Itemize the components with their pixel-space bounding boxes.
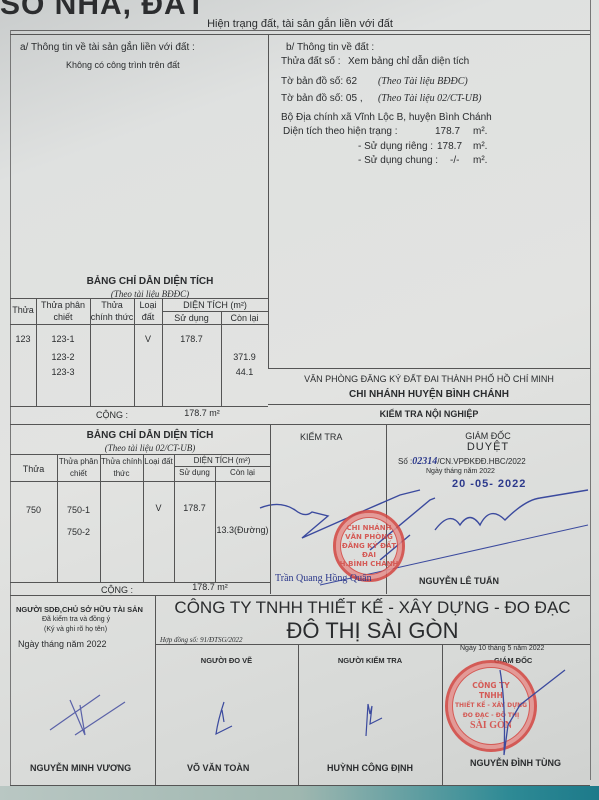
owner-name: NGUYỄN MINH VƯƠNG bbox=[30, 763, 131, 773]
surveyor-signature bbox=[210, 700, 240, 740]
document-page: SỔ NHÀ, ĐẤT Hiện trạng đất, tài sản gắn … bbox=[0, 0, 599, 800]
unit: m². bbox=[473, 126, 487, 137]
total-label: CỘNG : bbox=[95, 585, 139, 595]
internal-check-title: KIỂM TRA NỘI NGHIỆP bbox=[268, 409, 590, 419]
checker-label: KIỂM TRA bbox=[300, 432, 342, 442]
cell-thua: 750 bbox=[10, 505, 57, 515]
map-sheet-2-source: (Theo Tài liệu 02/CT-UB) bbox=[378, 93, 481, 104]
number-value: 02314 bbox=[412, 456, 437, 467]
stamp-text: CHI NHÁNH bbox=[347, 524, 392, 533]
divider bbox=[162, 311, 268, 312]
divider bbox=[10, 454, 270, 455]
cell-phan-chiet: 123-1 bbox=[36, 334, 90, 344]
divider bbox=[10, 406, 268, 407]
divider bbox=[10, 595, 590, 596]
company-director-name: NGUYỄN ĐÌNH TÙNG bbox=[470, 758, 561, 768]
area-private-label: - Sử dụng riêng : bbox=[358, 141, 433, 152]
asset-info-heading: a/ Thông tin về tài sản gắn liền với đất… bbox=[20, 42, 195, 53]
section-title: Hiện trạng đất, tài sản gắn liền với đất bbox=[10, 18, 590, 30]
stamp-text: H.BÌNH CHÁNH bbox=[340, 560, 399, 569]
area-private-value: 178.7 bbox=[437, 141, 462, 152]
owner-line2: (Ký và ghi rõ họ tên) bbox=[44, 626, 107, 633]
divider bbox=[298, 644, 299, 785]
header-su-dung: Sử dụng bbox=[162, 313, 221, 323]
frame-right bbox=[590, 0, 591, 780]
surveyor-label: NGƯỜI ĐO VẼ bbox=[155, 656, 298, 665]
frame-left bbox=[10, 30, 11, 790]
owner-date: Ngày tháng năm 2022 bbox=[18, 639, 107, 649]
area-current-value: 178.7 bbox=[435, 126, 460, 137]
map-sheet-1: Tờ bản đồ số: 62 bbox=[281, 76, 357, 87]
cell-thua: 123 bbox=[10, 334, 36, 344]
cell-con-lai: 44.1 bbox=[221, 367, 268, 377]
cell-loai: V bbox=[134, 334, 162, 344]
director-label: GIÁM ĐỐC bbox=[386, 431, 590, 441]
parcel-label: Thửa đất số : bbox=[281, 56, 341, 67]
cell-con-lai: 371.9 bbox=[221, 352, 268, 362]
cell-su-dung: 178.7 bbox=[174, 503, 215, 513]
header-su-dung: Sử dụng bbox=[174, 468, 215, 477]
cadastre: Bộ Địa chính xã Vĩnh Lộc B, huyện Bình C… bbox=[281, 112, 492, 123]
map-sheet-2: Tờ bản đồ số: 05 , bbox=[281, 93, 363, 104]
surveyor-name: VÕ VĂN TOÀN bbox=[187, 763, 249, 773]
header-con-lai: Còn lại bbox=[221, 313, 268, 323]
land-info-heading: b/ Thông tin về đất : bbox=[286, 42, 374, 53]
approved-label: DUYỆT bbox=[386, 441, 590, 453]
divider bbox=[10, 481, 270, 482]
director-name: NGUYỄN LÊ TUẤN bbox=[419, 576, 499, 586]
divider bbox=[10, 424, 590, 425]
number-suffix: /CN.VPĐKĐĐ.HBC/2022 bbox=[437, 457, 525, 466]
header-thua-phan-chiet: Thửa phân chiết bbox=[36, 299, 90, 323]
header-thua: Thửa bbox=[10, 305, 36, 315]
date-line: Ngày tháng năm 2022 bbox=[426, 468, 495, 475]
office-stamp: CHI NHÁNH VĂN PHÒNG ĐĂNG KÝ ĐẤT ĐAI H.BÌ… bbox=[333, 510, 405, 582]
cell-phan-chiet: 123-2 bbox=[36, 352, 90, 362]
office-line2: CHI NHÁNH HUYỆN BÌNH CHÁNH bbox=[268, 389, 590, 400]
divider bbox=[442, 644, 443, 785]
owner-title: NGƯỜI SDĐ,CHỦ SỞ HỮU TÀI SẢN bbox=[16, 605, 143, 614]
header-thua-chinh-thuc: Thửa chính thức bbox=[90, 299, 134, 323]
header-thua: Thửa bbox=[10, 464, 57, 474]
frame-top bbox=[10, 30, 590, 31]
header-thua-chinh-thuc: Thửa chính thức bbox=[100, 456, 143, 480]
total-label: CỘNG : bbox=[90, 410, 134, 420]
inspector-label: NGƯỜI KIỂM TRA bbox=[298, 656, 442, 665]
decision-number: Số :02314/CN.VPĐKĐĐ.HBC/2022 bbox=[398, 456, 526, 467]
number-prefix: Số : bbox=[398, 457, 412, 466]
stamp-text: ĐĂNG KÝ ĐẤT ĐAI bbox=[336, 542, 402, 560]
cell-loai: V bbox=[143, 503, 174, 513]
header-loai-dat: Loại đất bbox=[143, 456, 174, 468]
cell-phan-chiet: 750-1 bbox=[57, 505, 100, 515]
contract-number: Hợp đồng số: 91/ĐTSG/2022 bbox=[160, 636, 243, 644]
total-value: 178.7 m² bbox=[170, 582, 250, 592]
divider bbox=[215, 466, 216, 582]
header-loai-dat: Loại đất bbox=[134, 299, 162, 323]
divider bbox=[268, 34, 269, 368]
divider bbox=[268, 368, 590, 369]
company-date: Ngày 10 tháng 5 năm 2022 bbox=[460, 645, 544, 652]
inspector-signature bbox=[358, 700, 388, 740]
table-bddc-title: BẢNG CHỈ DẪN DIỆN TÍCH bbox=[10, 276, 290, 287]
table-02ctub-title: BẢNG CHỈ DẪN DIỆN TÍCH bbox=[10, 430, 290, 441]
cell-con-lai: 13.3(Đường) bbox=[215, 525, 270, 535]
table-02ctub-subtitle: (Theo tài liệu 02/CT-UB) bbox=[10, 443, 290, 453]
cell-su-dung: 178.7 bbox=[162, 334, 221, 344]
divider bbox=[268, 404, 590, 405]
checker-name: Trần Quang Hồng Quân bbox=[275, 573, 372, 584]
stamp-text: VĂN PHÒNG bbox=[345, 533, 393, 542]
area-current-label: Diện tích theo hiện trạng : bbox=[283, 126, 398, 137]
area-common-label: - Sử dụng chung : bbox=[358, 155, 438, 166]
divider bbox=[10, 34, 590, 35]
header-thua-phan-chiet: Thửa phân chiết bbox=[57, 456, 100, 480]
company-director-signature bbox=[500, 665, 570, 765]
divider bbox=[143, 454, 144, 582]
company-line1: CÔNG TY TNHH THIẾT KẾ - XÂY DỰNG - ĐO ĐẠ… bbox=[155, 598, 590, 618]
unit: m². bbox=[473, 155, 487, 166]
cell-phan-chiet: 123-3 bbox=[36, 367, 90, 377]
map-sheet-1-source: (Theo Tài liệu BĐĐC) bbox=[378, 76, 468, 87]
divider bbox=[270, 424, 271, 594]
header-dien-tich: DIỆN TÍCH (m²) bbox=[174, 456, 270, 465]
background-surface bbox=[0, 786, 599, 800]
divider bbox=[174, 466, 270, 467]
divider bbox=[10, 324, 268, 325]
header-dien-tich: DIỆN TÍCH (m²) bbox=[162, 300, 268, 310]
unit: m². bbox=[473, 141, 487, 152]
cell-phan-chiet: 750-2 bbox=[57, 527, 100, 537]
header-con-lai: Còn lại bbox=[215, 468, 270, 477]
parcel-value: Xem bảng chỉ dẫn diện tích bbox=[348, 56, 469, 67]
office-line1: VĂN PHÒNG ĐĂNG KÝ ĐẤT ĐAI THÀNH PHỐ HỒ C… bbox=[268, 374, 590, 384]
area-common-value: -/- bbox=[450, 155, 459, 166]
owner-line1: Đã kiểm tra và đồng ý bbox=[42, 616, 110, 623]
inspector-name: HUỲNH CÔNG ĐỊNH bbox=[327, 763, 413, 773]
asset-info-value: Không có công trình trên đất bbox=[66, 60, 180, 70]
owner-signature bbox=[40, 690, 130, 750]
total-value: 178.7 m² bbox=[162, 408, 242, 418]
